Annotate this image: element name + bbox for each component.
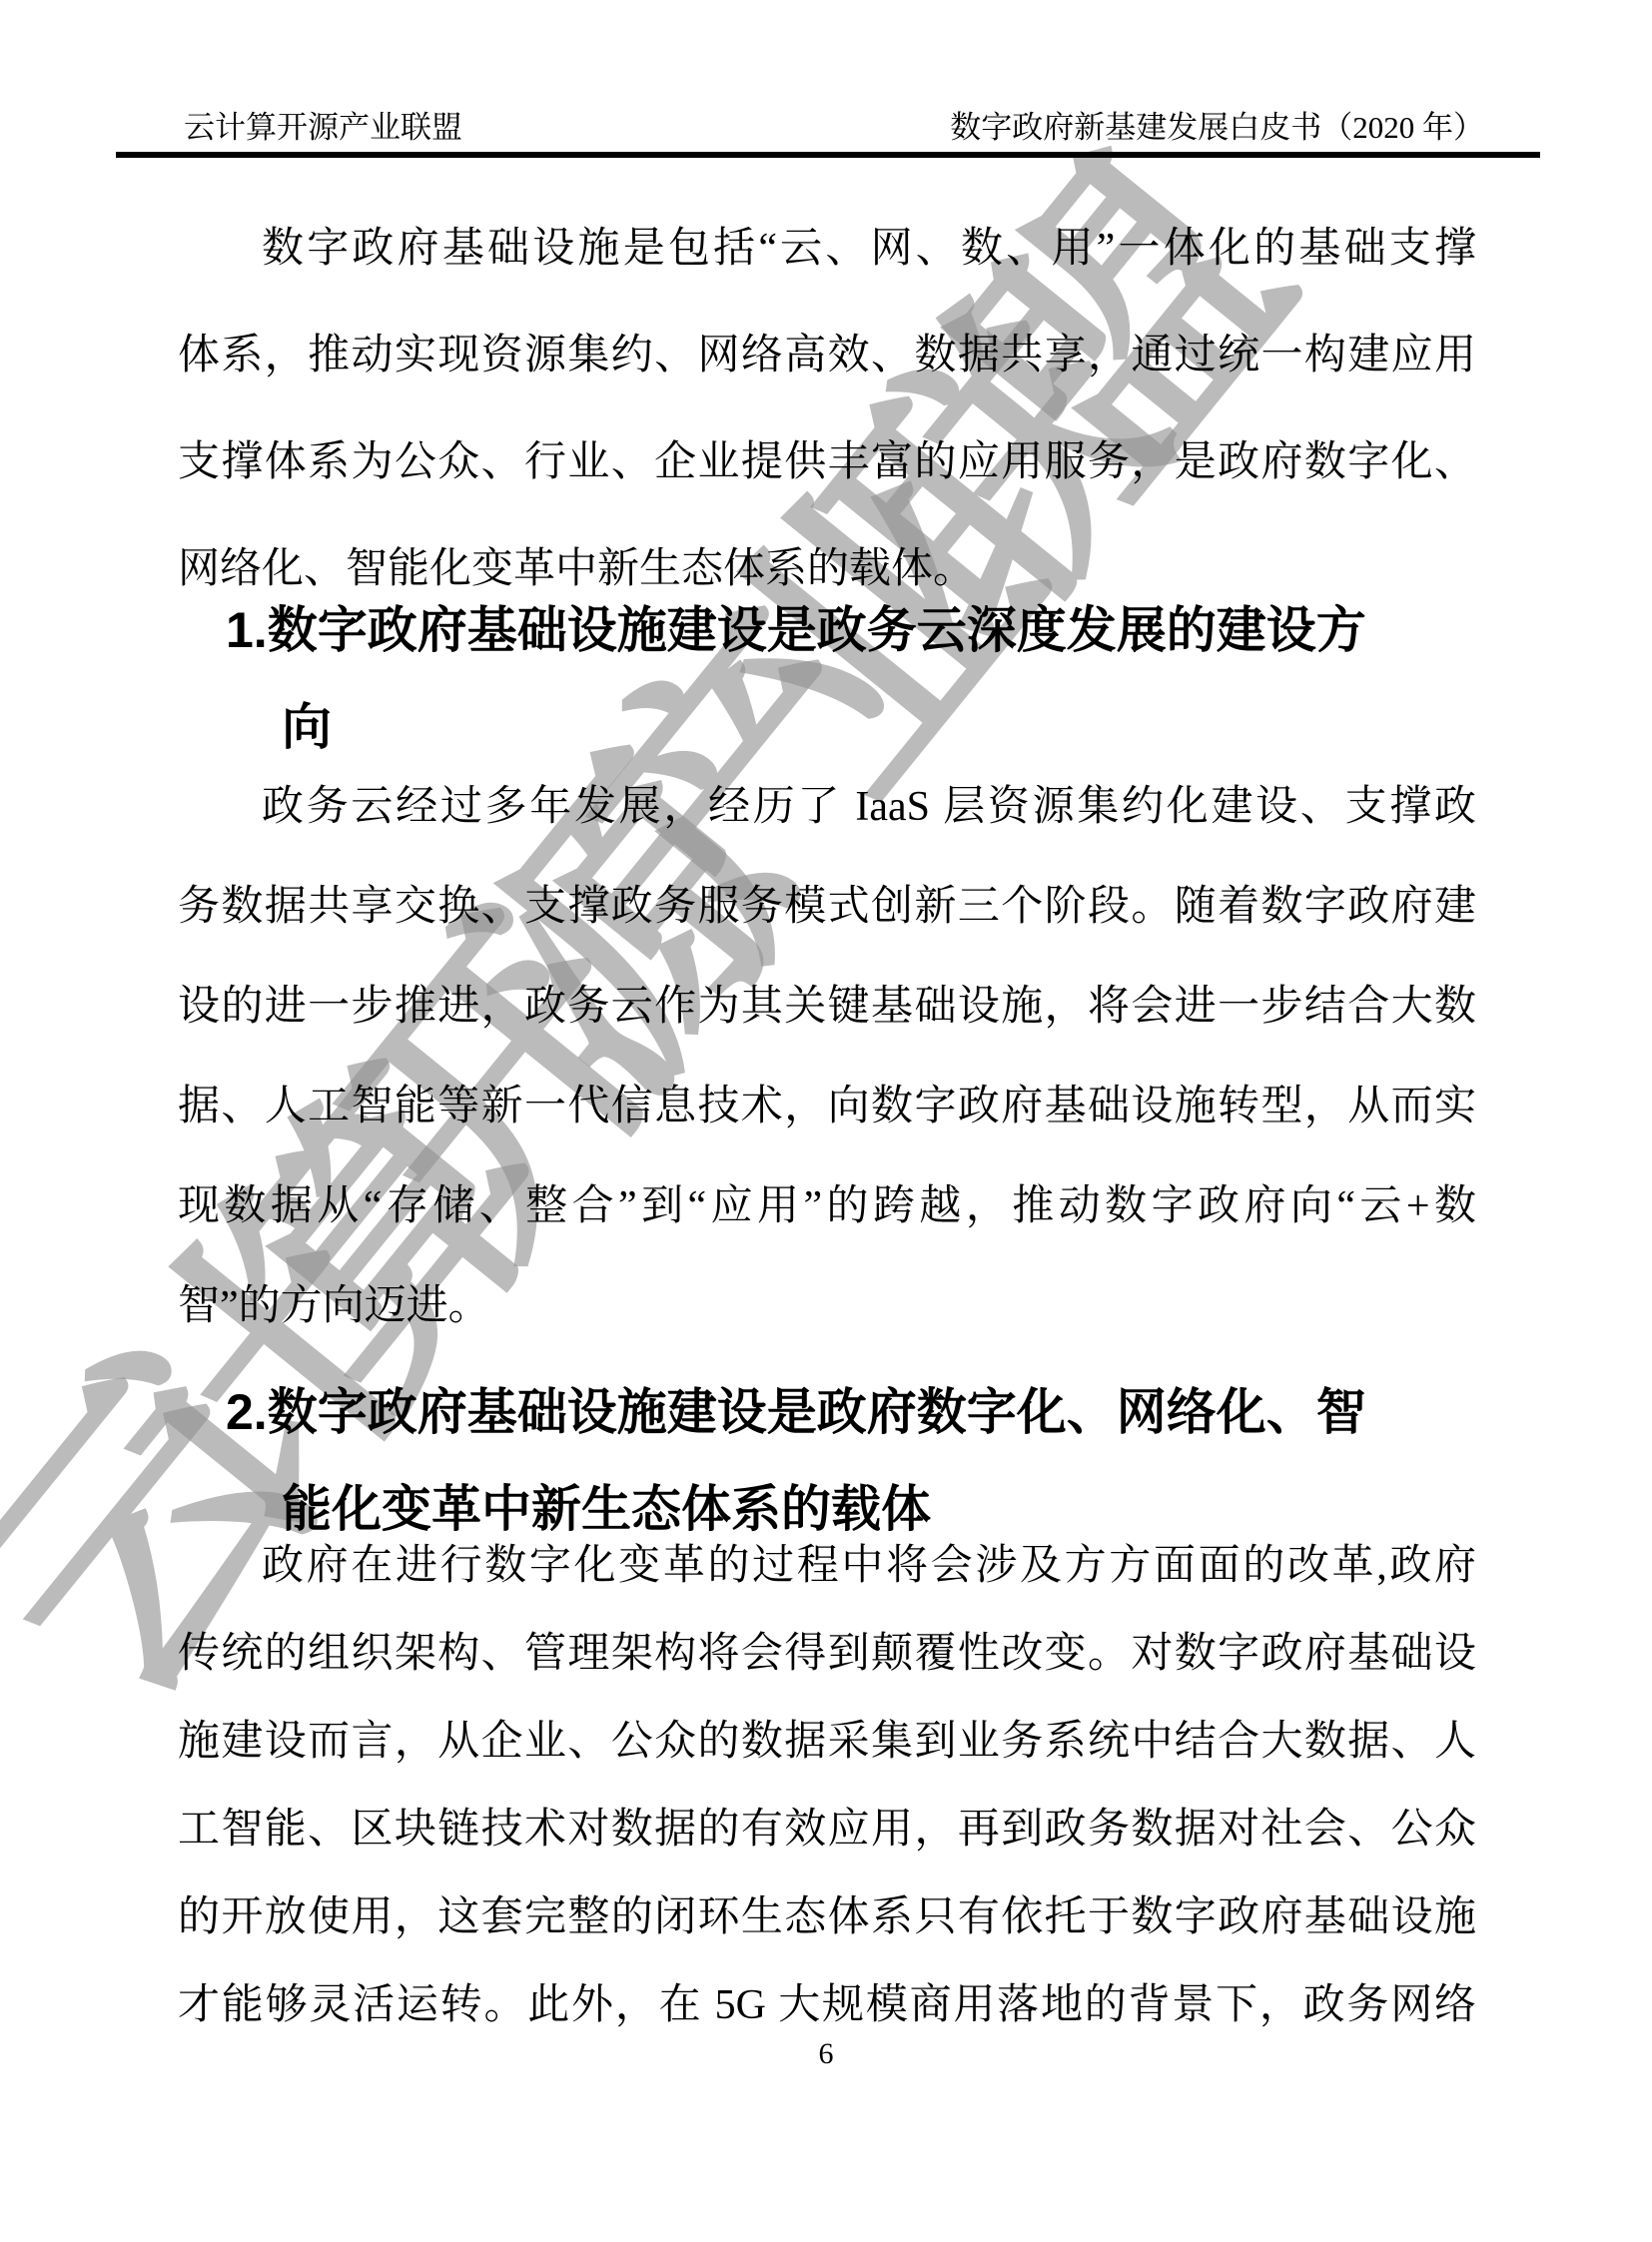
heading-line: 2.数字政府基础设施建设是政府数字化、网络化、智 [178,1364,1476,1461]
paragraph-line: 工智能、区块链技术对数据的有效应用，再到政务数据对社会、公众 [178,1786,1476,1873]
page-header: 云计算开源产业联盟 数字政府新基建发展白皮书（2020 年） [184,102,1484,147]
document-page: 云计算开源产业联盟 云计算开源产业联盟 数字政府新基建发展白皮书（2020 年）… [0,0,1652,2242]
paragraph-line: 支撑体系为公众、行业、企业提供丰富的应用服务，是政府数字化、 [178,409,1476,516]
header-right-text: 数字政府新基建发展白皮书（2020 年） [950,102,1484,147]
paragraph-line: 据、人工智能等新一代信息技术，向数字政府基础设施转型，从而实 [178,1057,1476,1156]
paragraph-line: 设的进一步推进，政务云作为其关键基础设施，将会进一步结合大数 [178,957,1476,1057]
paragraph-line: 数字政府基础设施是包括“云、网、数、用”一体化的基础支撑 [178,196,1476,303]
paragraph-line: 现数据从“存储、整合”到“应用”的跨越，推动数字政府向“云+数 [178,1156,1476,1256]
paragraph-line: 政府在进行数字化变革的过程中将会涉及方方面面的改革,政府 [178,1522,1476,1610]
paragraph-line: 传统的组织架构、管理架构将会得到颠覆性改变。对数字政府基础设 [178,1610,1476,1698]
paragraph-line: 智”的方向迈进。 [178,1256,1476,1356]
paragraph-line: 才能够灵活运转。此外，在 5G 大规模商用落地的背景下，政务网络 [178,1961,1476,2049]
paragraph-line: 的开放使用，这套完整的闭环生态体系只有依托于数字政府基础设施 [178,1873,1476,1961]
page-number: 6 [0,2037,1652,2071]
header-left-text: 云计算开源产业联盟 [184,102,462,147]
paragraph-line: 政务云经过多年发展，经历了 IaaS 层资源集约化建设、支撑政 [178,757,1476,857]
section-heading-1: 1.数字政府基础设施建设是政务云深度发展的建设方 向 [178,582,1476,776]
heading-line: 1.数字政府基础设施建设是政务云深度发展的建设方 [178,582,1476,679]
paragraph-2: 政务云经过多年发展，经历了 IaaS 层资源集约化建设、支撑政 务数据共享交换、… [178,757,1476,1356]
paragraph-line: 体系，推动实现资源集约、网络高效、数据共享，通过统一构建应用 [178,303,1476,409]
paragraph-1: 数字政府基础设施是包括“云、网、数、用”一体化的基础支撑 体系，推动实现资源集约… [178,196,1476,623]
paragraph-3: 政府在进行数字化变革的过程中将会涉及方方面面的改革,政府 传统的组织架构、管理架… [178,1522,1476,2049]
paragraph-line: 务数据共享交换、支撑政务服务模式创新三个阶段。随着数字政府建 [178,857,1476,957]
header-rule [116,152,1540,158]
paragraph-line: 施建设而言，从企业、公众的数据采集到业务系统中结合大数据、人 [178,1698,1476,1786]
